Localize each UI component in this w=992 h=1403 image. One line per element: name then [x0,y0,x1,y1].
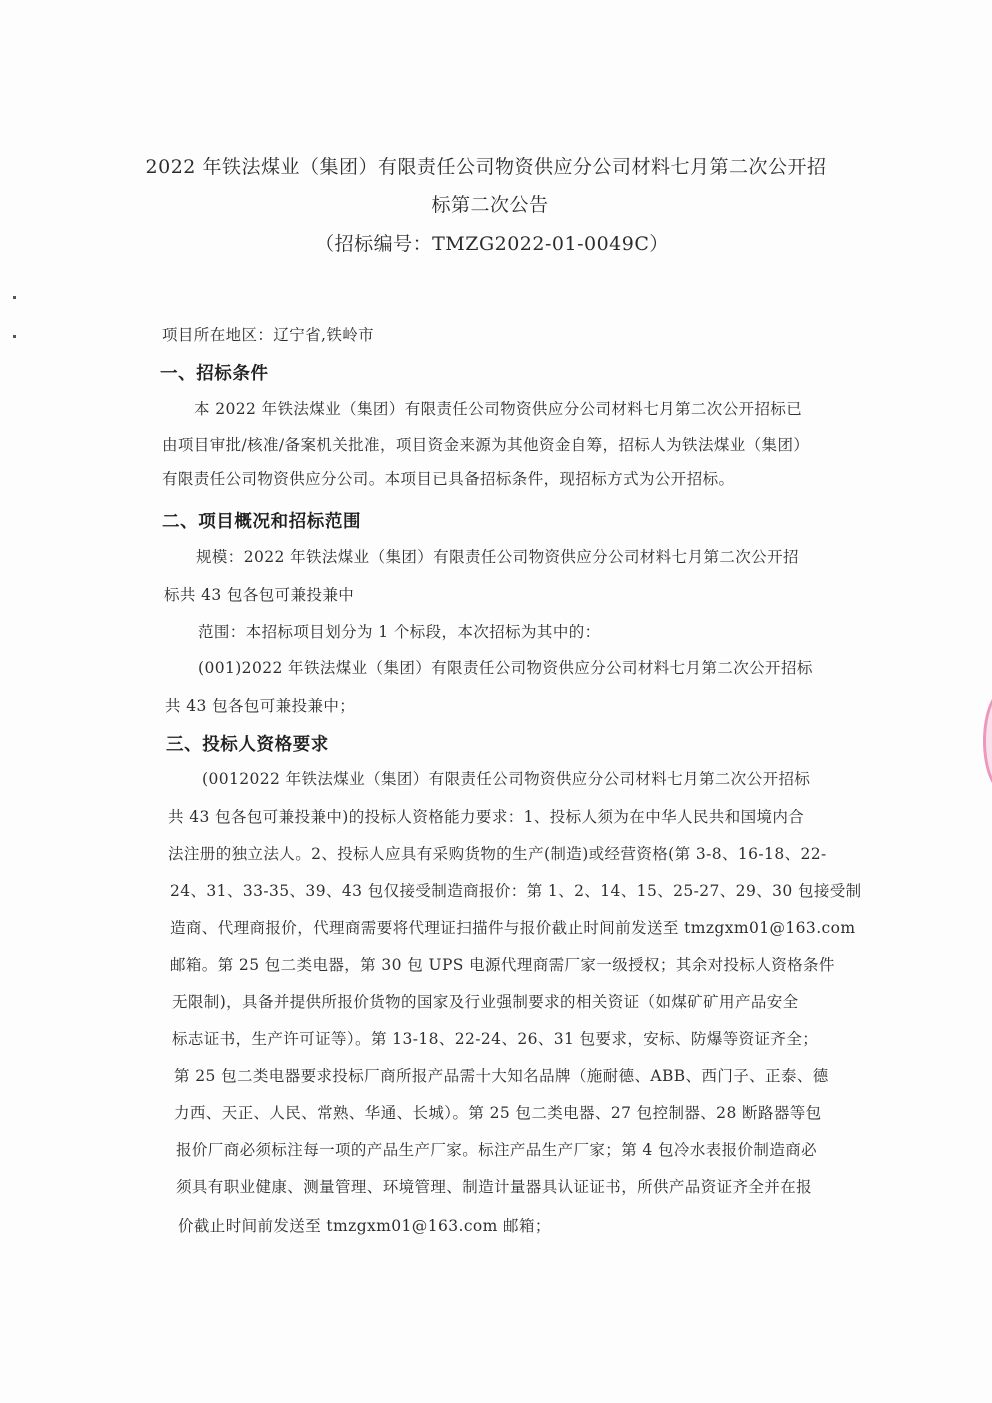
paragraph-line: (001)2022 年铁法煤业（集团）有限责任公司物资供应分公司材料七月第二次公… [198,656,813,678]
document-page: 2022 年铁法煤业（集团）有限责任公司物资供应分公司材料七月第二次公开招 标第… [0,0,992,1403]
paragraph-line: 共 43 包各包可兼投兼中)的投标人资格能力要求：1、投标人须为在中华人民共和国… [168,805,804,827]
official-seal-stamp [983,688,992,794]
paragraph-line: 价截止时间前发送至 tmzgxm01@163.com 邮箱； [178,1214,551,1236]
document-title-line-1: 2022 年铁法煤业（集团）有限责任公司物资供应分公司材料七月第二次公开招 [0,152,982,179]
paragraph-line: 无限制)，具备并提供所报价货物的国家及行业强制要求的相关资证（如煤矿矿用产品安全 [172,990,799,1012]
paragraph-line: 标志证书，生产许可证等）。第 13-18、22-24、26、31 包要求，安标、… [172,1027,818,1049]
paragraph-line: (0012022 年铁法煤业（集团）有限责任公司物资供应分公司材料七月第二次公开… [202,767,810,789]
section-heading-bidder-qualifications: 三、投标人资格要求 [166,731,329,756]
paragraph-line: 标共 43 包各包可兼投兼中 [164,583,354,605]
paragraph-line: 规模：2022 年铁法煤业（集团）有限责任公司物资供应分公司材料七月第二次公开招 [196,545,799,567]
paragraph-line: 范围：本招标项目划分为 1 个标段，本次招标为其中的： [198,620,601,642]
paragraph-line: 第 25 包二类电器要求投标厂商所报产品需十大知名品牌（施耐德、ABB、西门子、… [174,1064,829,1086]
paragraph-line: 须具有职业健康、测量管理、环境管理、制造计量器具认证证书，所供产品资证齐全并在报 [176,1175,812,1197]
paragraph-line: 报价厂商必须标注每一项的产品生产厂家。标注产品生产厂家；第 4 包冷水表报价制造… [176,1138,817,1160]
scan-mark [13,335,16,338]
tender-number: （招标编号：TMZG2022-01-0049C） [0,229,988,256]
paragraph-line: 由项目审批/核准/备案机关批准，项目资金来源为其他资金自筹，招标人为铁法煤业（集… [162,433,809,455]
paragraph-line: 24、31、33-35、39、43 包仅接受制造商报价：第 1、2、14、15、… [170,879,862,901]
section-heading-tender-conditions: 一、招标条件 [160,360,269,385]
section-heading-project-overview: 二、项目概况和招标范围 [162,508,361,533]
paragraph-line: 法注册的独立法人。2、投标人应具有采购货物的生产(制造)或经营资格(第 3-8、… [168,842,827,864]
scan-mark [13,296,16,299]
paragraph-line: 本 2022 年铁法煤业（集团）有限责任公司物资供应分公司材料七月第二次公开招标… [194,397,802,419]
project-location: 项目所在地区：辽宁省,铁岭市 [162,323,374,345]
paragraph-line: 共 43 包各包可兼投兼中； [165,694,355,716]
document-title-line-2: 标第二次公告 [0,190,986,217]
paragraph-line: 有限责任公司物资供应分公司。本项目已具备招标条件，现招标方式为公开招标。 [162,467,734,489]
paragraph-line: 力西、天正、人民、常熟、华通、长城）。第 25 包二类电器、27 包控制器、28… [174,1101,822,1123]
paragraph-line: 邮箱。第 25 包二类电器，第 30 包 UPS 电源代理商需厂家一级授权；其余… [170,953,835,975]
paragraph-line: 造商、代理商报价，代理商需要将代理证扫描件与报价截止时间前发送至 tmzgxm0… [170,916,855,938]
